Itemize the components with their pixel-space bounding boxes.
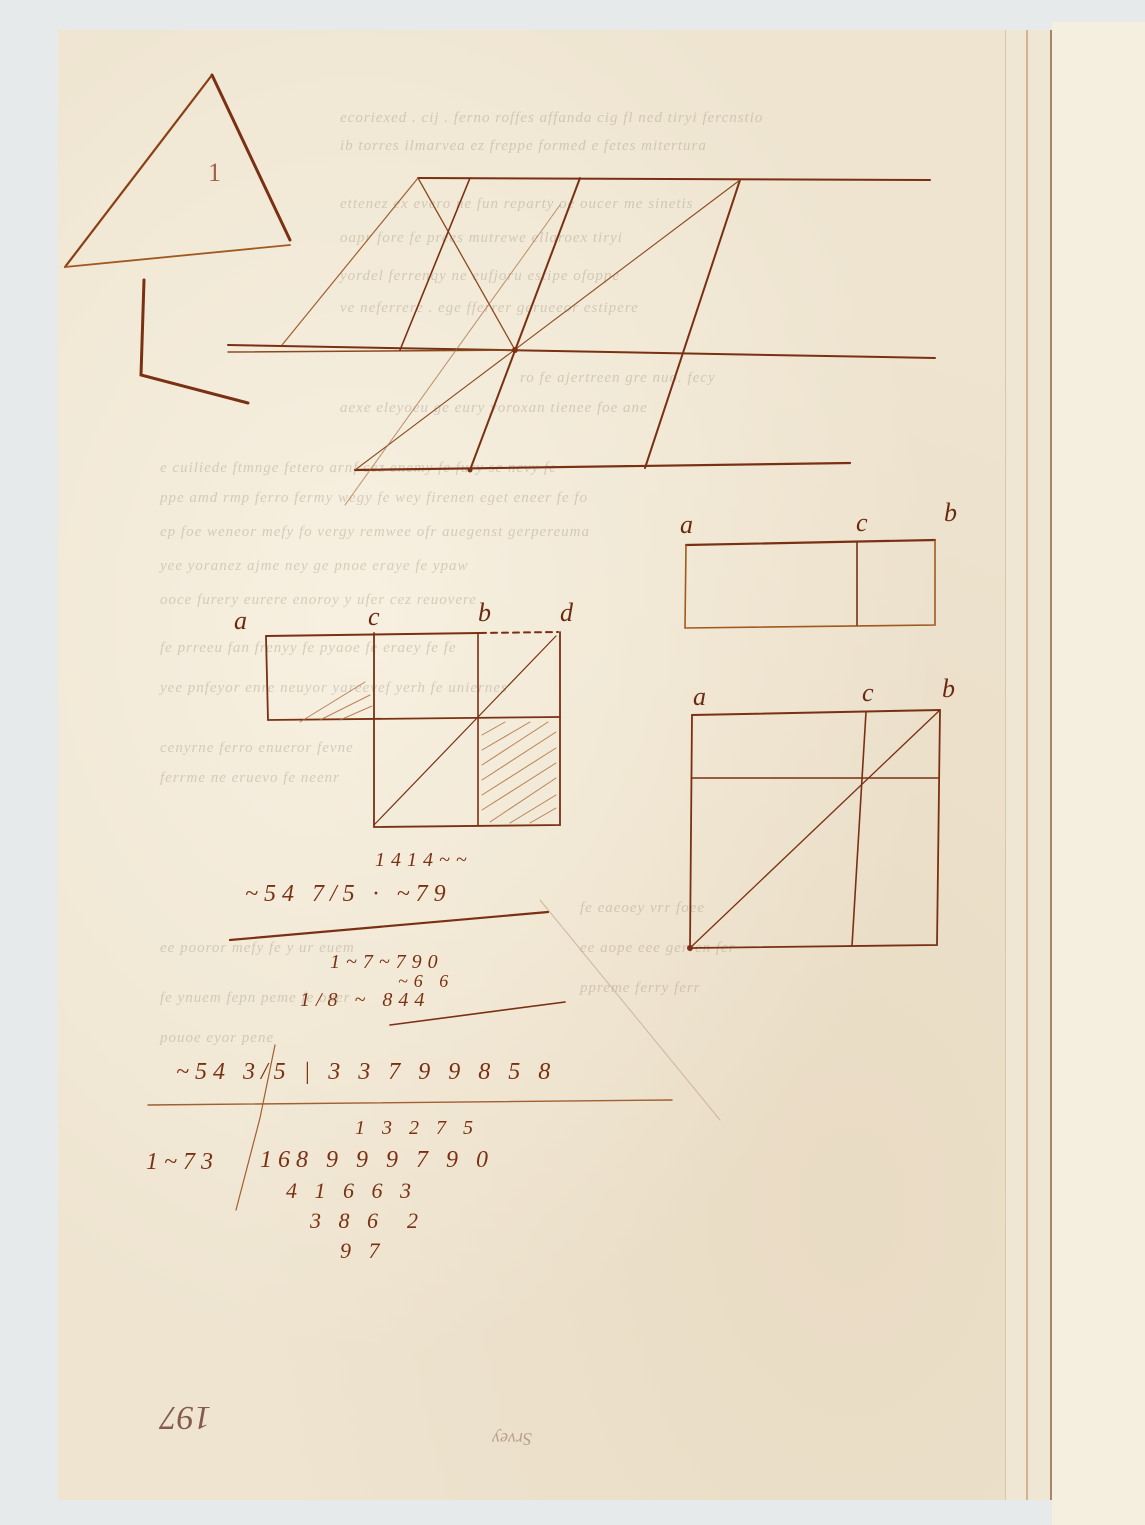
calc-rule-1 [230, 912, 548, 940]
calc-line-5-row3: 9 7 [340, 1240, 386, 1262]
geometric-drawings [0, 0, 1145, 1525]
compound-square-figure [266, 632, 560, 827]
calc-rule-3 [148, 1100, 672, 1105]
calc-line-1: 1414~~ [375, 850, 473, 870]
label-a-square: a [693, 684, 706, 710]
bottom-inscription: Srvey [492, 1428, 532, 1449]
folio-number: 197 [160, 1398, 211, 1436]
calc-line-3-mid: ~6 6 [398, 972, 454, 990]
label-b-square: b [942, 676, 955, 702]
calc-line-5-row1: 4 1 6 6 3 [286, 1180, 417, 1202]
calc-line-3-top: 1~7~790 [330, 952, 444, 972]
calc-line-3-bottom: 1/8 ~ 844 [300, 990, 430, 1010]
parallelogram-figure [228, 178, 935, 505]
label-b-compound: b [478, 600, 491, 626]
label-a-compound: a [234, 608, 247, 634]
triangle-figure [65, 75, 290, 267]
label-c-rect: c [856, 510, 868, 536]
calc-line-4: ~54 3/5 | 3 3 7 9 9 8 5 8 [176, 1060, 556, 1084]
long-stroke [540, 900, 720, 1120]
calc-line-5-row2: 3 8 6 2 [310, 1210, 424, 1232]
label-c-square: c [862, 680, 874, 706]
calc-divisor: 1~73 [146, 1150, 219, 1174]
calc-line-2: ~54 7/5 · ~79 [245, 882, 452, 906]
label-a-rect: a [680, 512, 693, 538]
calc-line-5-top: 1 3 2 7 5 [355, 1118, 479, 1138]
label-d-compound: d [560, 600, 573, 626]
label-c-compound: c [368, 604, 380, 630]
square-acb-figure [687, 710, 940, 951]
rectangle-acb-figure [685, 540, 935, 628]
label-b-rect: b [944, 500, 957, 526]
angle-figure [141, 280, 248, 403]
triangle-label: 1 [208, 160, 221, 186]
calc-line-5-main: 168 9 9 9 7 9 0 [260, 1148, 494, 1172]
